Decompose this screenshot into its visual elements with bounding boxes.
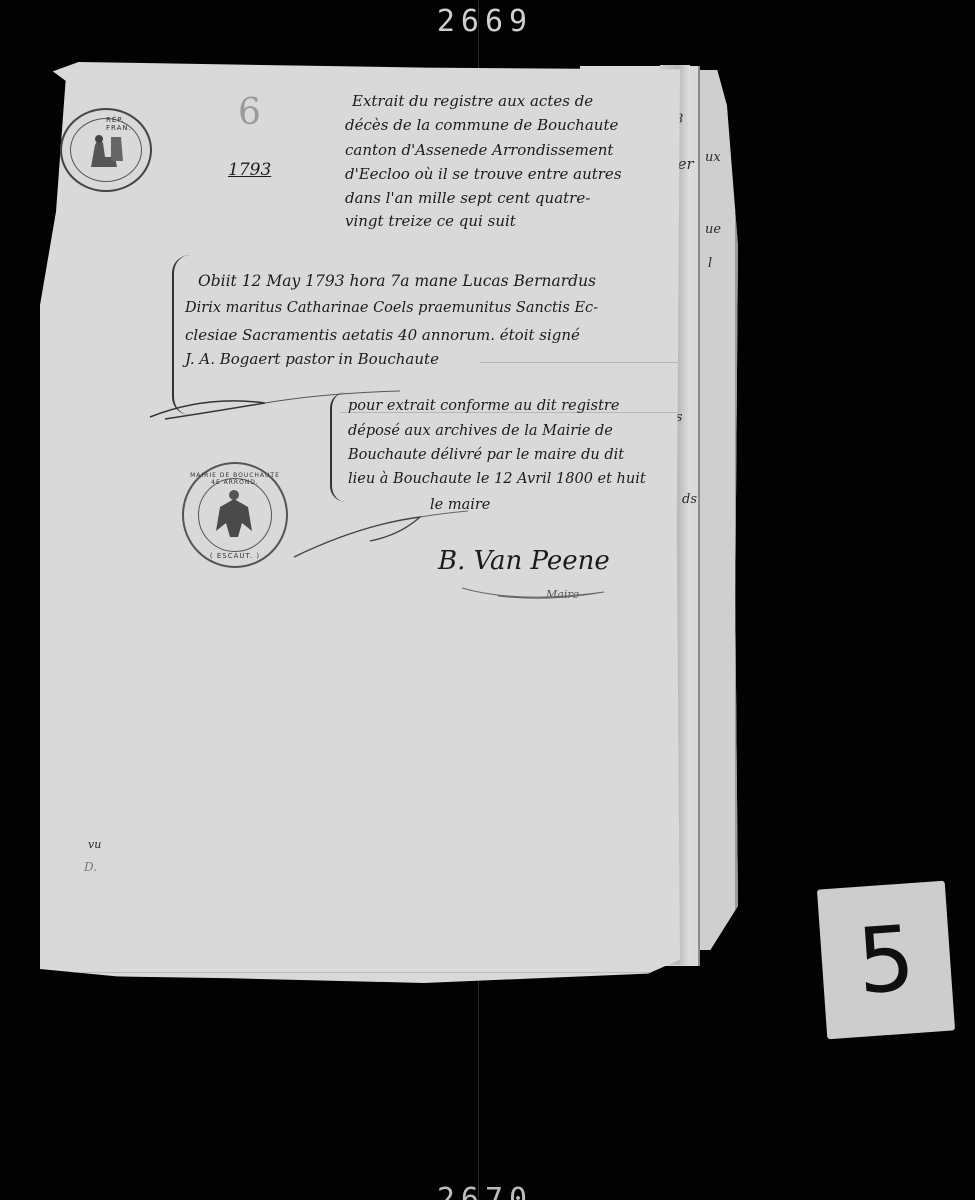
entry-line: clesiae Sacramentis aetatis 40 annorum. … <box>185 322 580 348</box>
heading-line: canton d'Assenede Arrondissement <box>345 137 613 163</box>
heading-line: d'Eecloo où il se trouve entre autres <box>345 161 622 187</box>
certification-brace <box>330 392 346 502</box>
signature-paraph <box>458 578 608 608</box>
seal-text-top: MAIRIE DE BOUCHAUTE 4E ARROND. <box>190 472 280 486</box>
edge-mark: ue <box>705 222 721 237</box>
mairie-seal: MAIRIE DE BOUCHAUTE 4E ARROND. ( ESCAUT.… <box>182 462 288 568</box>
signature-name: B. Van Peene <box>438 548 610 574</box>
card-number: 5 <box>854 906 918 1015</box>
year-label: 1793 <box>228 157 271 183</box>
ruled-line <box>60 972 670 973</box>
certification-line: pour extrait conforme au dit registre <box>348 393 619 419</box>
republique-francaise-stamp: RÉP. FRAN. <box>60 108 152 192</box>
eagle-icon <box>210 487 260 543</box>
heading-line: Extrait du registre aux actes de <box>352 88 593 114</box>
edge-mark: ux <box>705 150 721 165</box>
seal-text-bottom: ( ESCAUT. ) <box>190 552 280 560</box>
heading-line: décès de la commune de Bouchaute <box>345 112 618 138</box>
certification-line: déposé aux archives de la Mairie de <box>348 418 613 444</box>
entry-line: J. A. Bogaert pastor in Bouchaute <box>185 346 439 372</box>
stamp-text: RÉP. FRAN. <box>106 116 150 132</box>
margin-note-initial: D. <box>84 860 97 874</box>
frame-number-top: 2669 <box>410 2 560 42</box>
edge-mark: ds <box>682 492 697 507</box>
edge-mark: l <box>708 256 712 271</box>
heading-line: vingt treize ce qui suit <box>345 208 516 234</box>
frame-number-card: 5 <box>817 881 955 1040</box>
entry-line: Obiit 12 May 1793 hora 7a mane Lucas Ber… <box>198 268 596 294</box>
certification-line: lieu à Bouchaute le 12 Avril 1800 et hui… <box>348 466 646 492</box>
certification-line: Bouchaute délivré par le maire du dit <box>348 442 624 468</box>
page-number-mark: 6 <box>238 100 261 126</box>
ruled-line <box>480 362 680 363</box>
seal-mairie-eagle-icon <box>198 478 272 552</box>
entry-line: Dirix maritus Catharinae Coels praemunit… <box>185 295 598 321</box>
margin-note-vu: vu <box>88 838 101 851</box>
frame-number-bottom: 2670 <box>410 1180 560 1200</box>
seated-figure-icon <box>81 127 131 173</box>
